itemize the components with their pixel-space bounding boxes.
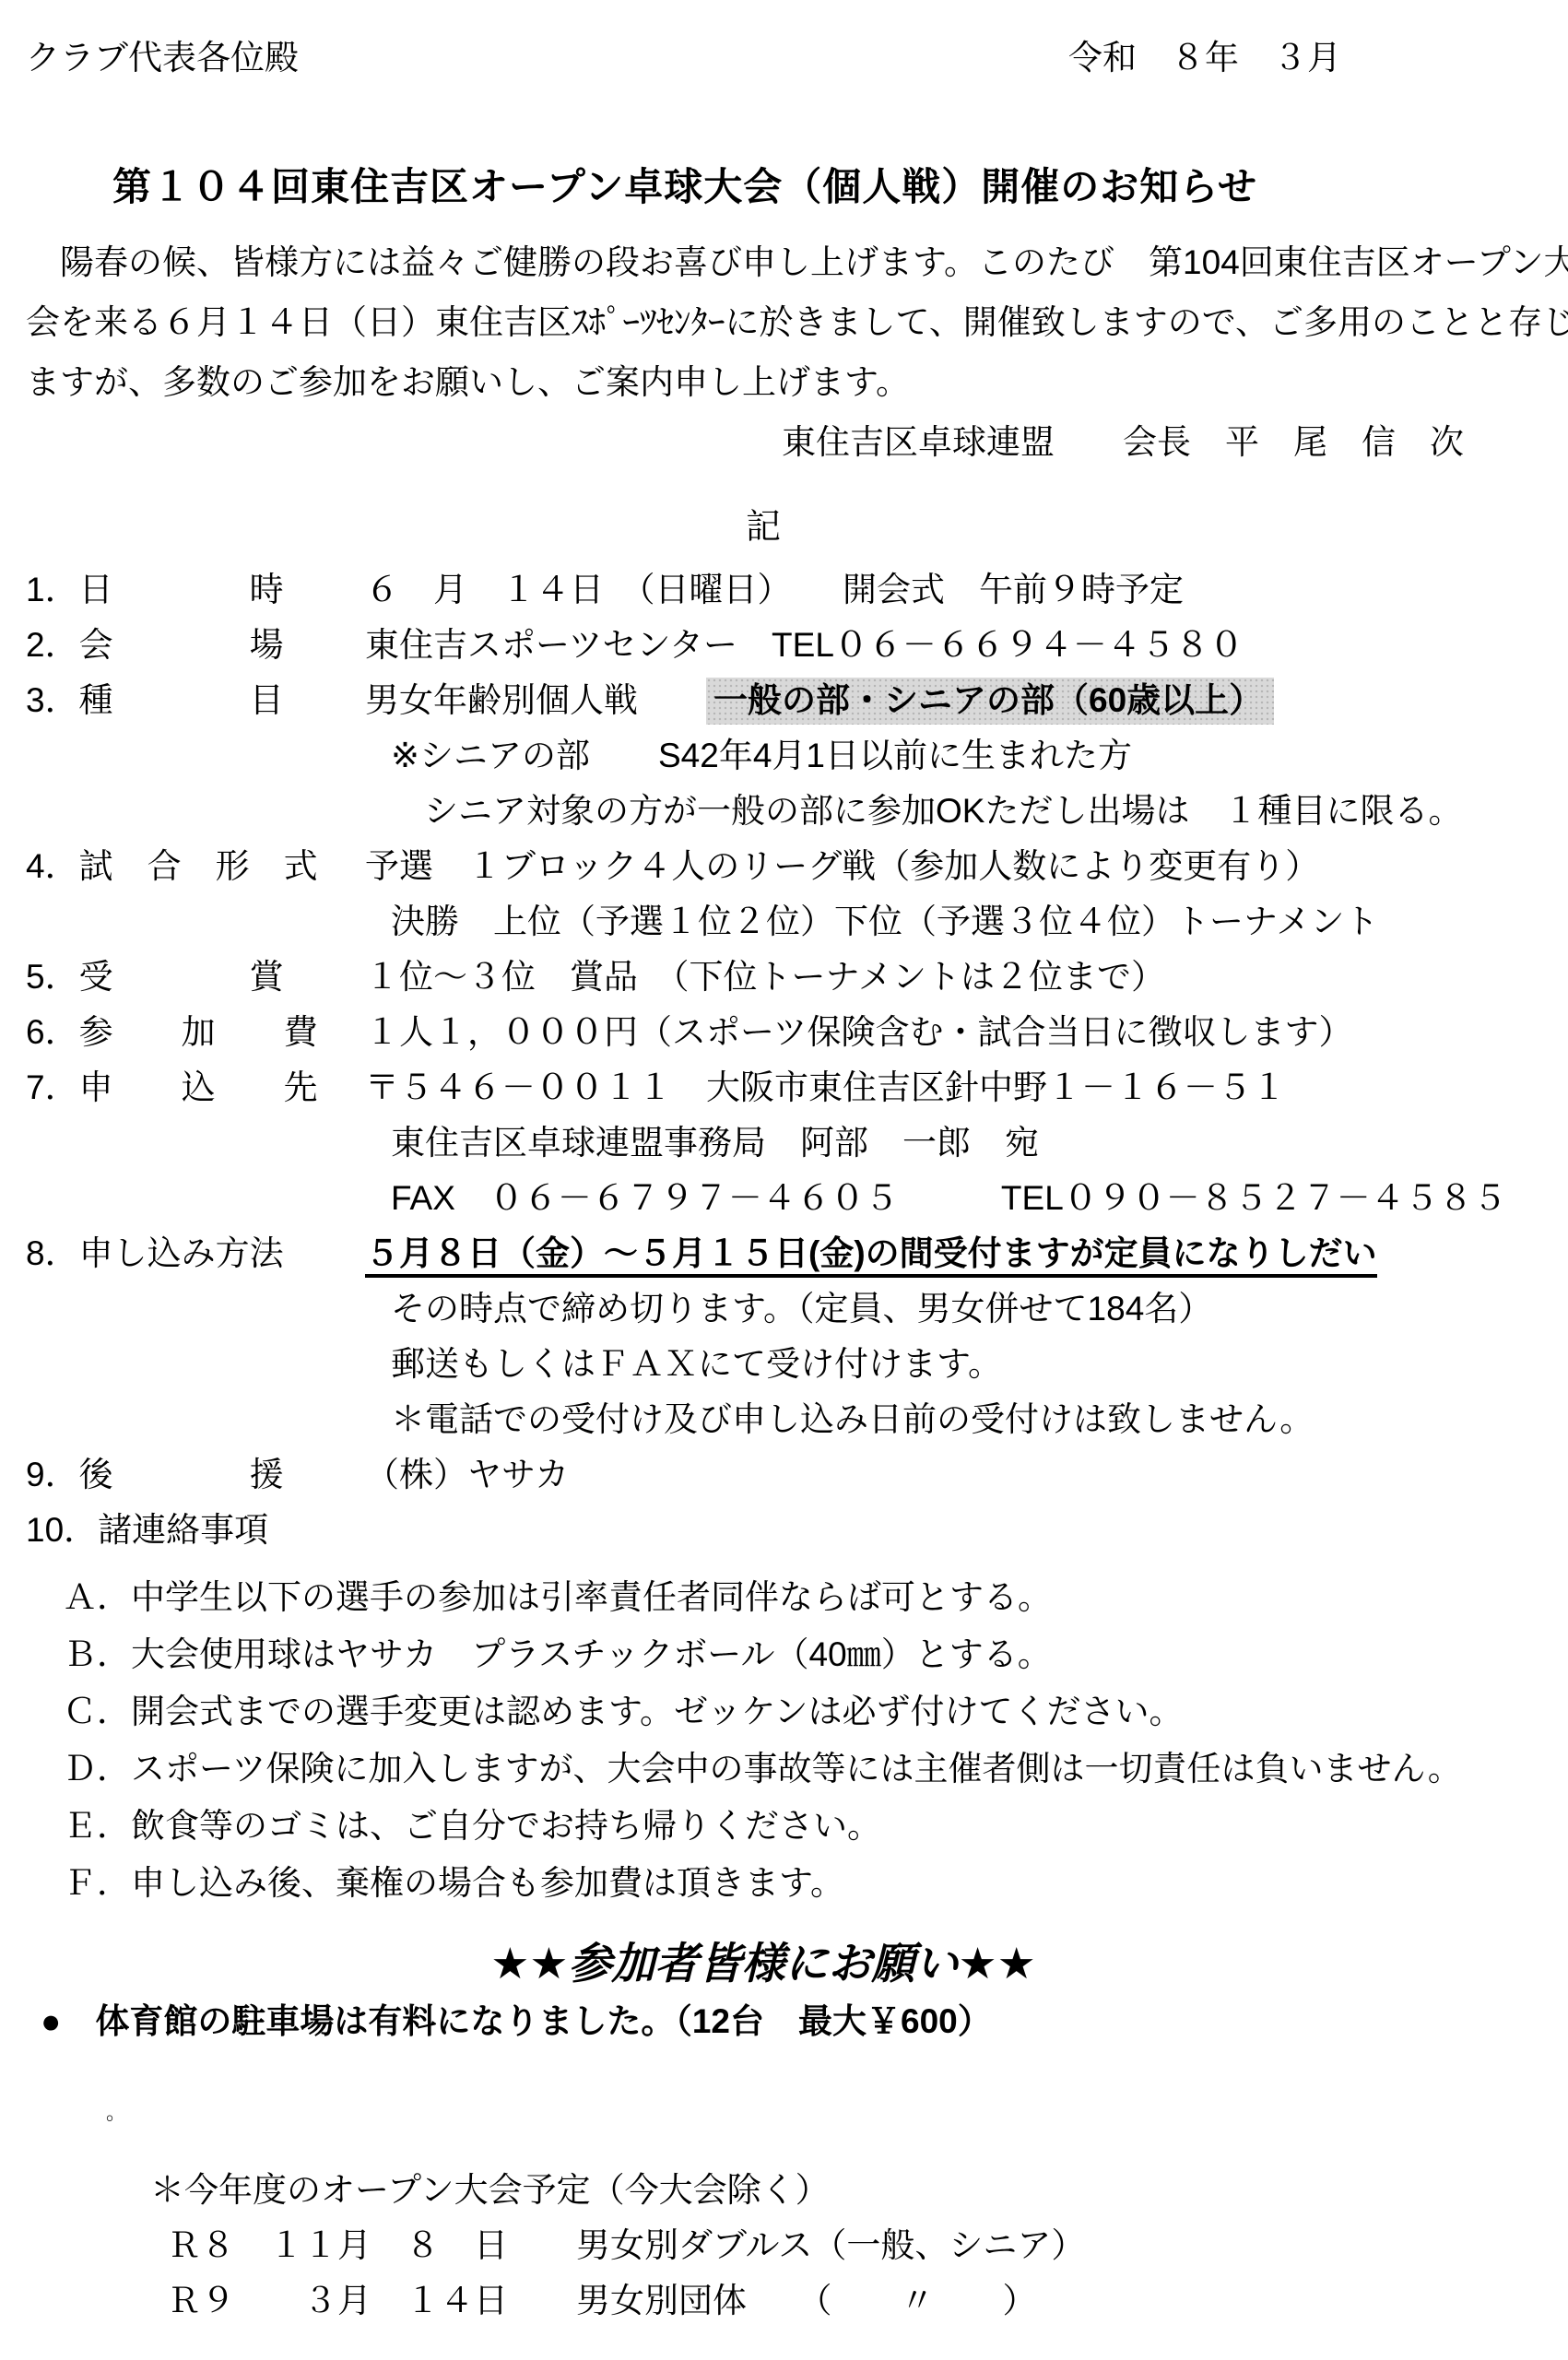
item-match-format-label: 4．試 合 形 式: [26, 839, 365, 894]
item-date-time: 1．日 時 ６ 月 １４日 （日曜日） 開会式 午前９時予定: [26, 562, 1501, 618]
item-events-senior-rule: シニア対象の方が一般の部に参加OKただし出場は １種目に限る。: [26, 784, 1501, 839]
document-page: クラブ代表各位殿 令和 ８年 ３月 第１０４回東住吉区オープン卓球大会（個人戦）…: [0, 0, 1568, 2360]
issue-date: 令和 ８年 ３月: [1068, 37, 1501, 78]
item-application-method-value: ５月８日（金）～５月１５日(金)の間受付ますが定員になりしだい: [365, 1226, 1501, 1281]
item-events-text: 男女年齢別個人戦: [365, 681, 706, 719]
schedule-heading: ＊今年度のオープン大会予定（今大会除く）: [26, 2163, 1501, 2218]
document-content: クラブ代表各位殿 令和 ８年 ３月 第１０４回東住吉区オープン卓球大会（個人戦）…: [26, 37, 1501, 2329]
item-notices-heading-value: [365, 1503, 1501, 1558]
item-events-highlight: 一般の部・シニアの部（60歳以上）: [706, 678, 1274, 725]
notice-a: Ａ．中学生以下の選手の参加は引率責任者同伴ならば可とする。: [26, 1569, 1501, 1626]
notice-e: Ｅ．飲食等のゴミは、ご自分でお持ち帰りください。: [26, 1798, 1501, 1855]
schedule-row-r9: Ｒ９ ３月 １４日 男女別団体 （ 〃 ）: [26, 2273, 1501, 2329]
item-sponsor: 9．後 援 （株）ヤサカ: [26, 1447, 1501, 1503]
item-application-recipient: 東住吉区卓球連盟事務局 阿部 一郎 宛: [26, 1115, 1501, 1171]
item-application-fax-tel: FAX ０６－６７９７－４６０５ TEL０９０－８５２７－４５８５: [26, 1171, 1501, 1226]
item-date-time-value: ６ 月 １４日 （日曜日） 開会式 午前９時予定: [365, 562, 1501, 618]
items-list: 1．日 時 ６ 月 １４日 （日曜日） 開会式 午前９時予定 2．会 場 東住吉…: [26, 562, 1501, 1558]
item-date-time-label: 1．日 時: [26, 562, 365, 618]
item-application-address-value: 〒５４６－００１１ 大阪市東住吉区針中野１－１６－５１: [365, 1060, 1501, 1115]
intro-line-3: ますが、多数のご参加をお願いし、ご案内申し上げます。: [26, 352, 1501, 412]
item-events-value: 男女年齢別個人戦 一般の部・シニアの部（60歳以上）: [365, 673, 1501, 728]
page-title: 第１０４回東住吉区オープン卓球大会（個人戦）開催のお知らせ: [26, 157, 1501, 212]
item-entry-fee: 6．参 加 費 １人１，０００円（スポーツ保険含む・試合当日に徴収します）: [26, 1005, 1501, 1060]
document-header: クラブ代表各位殿 令和 ８年 ３月: [26, 37, 1501, 78]
item-application-method: 8．申し込み方法 ５月８日（金）～５月１５日(金)の間受付ますが定員になりしだい: [26, 1226, 1501, 1281]
record-mark: 記: [26, 500, 1501, 555]
notice-b: Ｂ．大会使用球はヤサカ プラスチックボール（40㎜）とする。: [26, 1626, 1501, 1683]
item-venue: 2．会 場 東住吉スポーツセンター TEL０６－６６９４－４５８０: [26, 618, 1501, 673]
item-prizes-label: 5．受 賞: [26, 950, 365, 1005]
item-venue-value: 東住吉スポーツセンター TEL０６－６６９４－４５８０: [365, 618, 1501, 673]
item-events-label: 3．種 目: [26, 673, 365, 728]
intro-paragraph: 陽春の候、皆様方には益々ご健勝の段お喜び申し上げます。このたび 第104回東住吉…: [26, 232, 1501, 412]
item-application-address-label: 7．申 込 先: [26, 1060, 365, 1115]
item-notices-heading-label: 10．諸連絡事項: [26, 1503, 365, 1558]
item-entry-fee-label: 6．参 加 費: [26, 1005, 365, 1060]
item-application-period: ５月８日（金）～５月１５日(金)の間受付ますが定員になりしだい: [365, 1234, 1377, 1278]
notice-c: Ｃ．開会式までの選手変更は認めます。ゼッケンは必ず付けてください。: [26, 1683, 1501, 1740]
item-prizes-value: １位～３位 賞品 （下位トーナメントは２位まで）: [365, 950, 1501, 1005]
item-sponsor-value: （株）ヤサカ: [365, 1447, 1501, 1503]
item-events-senior-note: ※シニアの部 S42年4月1日以前に生まれた方: [26, 728, 1501, 784]
item-venue-label: 2．会 場: [26, 618, 365, 673]
intro-line-2: 会を来る６月１４日（日）東住吉区ｽﾎﾟｰﾂｾﾝﾀｰに於きまして、開催致しますので…: [26, 292, 1501, 352]
notice-f: Ｆ．申し込み後、棄権の場合も参加費は頂きます。: [26, 1855, 1501, 1912]
item-application-deadline: その時点で締め切ります。（定員、男女併せて184名）: [26, 1281, 1501, 1337]
item-events: 3．種 目 男女年齢別個人戦 一般の部・シニアの部（60歳以上）: [26, 673, 1501, 728]
item-match-format-value: 予選 １ブロック４人のリーグ戦（参加人数により変更有り）: [365, 839, 1501, 894]
item-match-format: 4．試 合 形 式 予選 １ブロック４人のリーグ戦（参加人数により変更有り）: [26, 839, 1501, 894]
participants-request-banner: ★★参加者皆様にお願い★★: [26, 1938, 1501, 1989]
item-application-mail-fax: 郵送もしくはＦＡＸにて受け付けます。: [26, 1337, 1501, 1392]
item-sponsor-label: 9．後 援: [26, 1447, 365, 1503]
item-notices-heading: 10．諸連絡事項: [26, 1503, 1501, 1558]
notice-d: Ｄ．スポーツ保険に加入しますが、大会中の事故等には主催者側は一切責任は負いません…: [26, 1740, 1501, 1798]
recipient: クラブ代表各位殿: [26, 37, 299, 78]
signature-federation-president: 東住吉区卓球連盟 会長 平 尾 信 次: [26, 412, 1501, 472]
item-application-address: 7．申 込 先 〒５４６－００１１ 大阪市東住吉区針中野１－１６－５１: [26, 1060, 1501, 1115]
item-application-method-label: 8．申し込み方法: [26, 1226, 365, 1281]
stray-mark: 。: [26, 2100, 1501, 2126]
notices-list: Ａ．中学生以下の選手の参加は引率責任者同伴ならば可とする。 Ｂ．大会使用球はヤサ…: [26, 1569, 1501, 1912]
item-application-no-phone: ＊電話での受付け及び申し込み日前の受付けは致しません。: [26, 1392, 1501, 1447]
item-entry-fee-value: １人１，０００円（スポーツ保険含む・試合当日に徴収します）: [365, 1005, 1501, 1060]
item-prizes: 5．受 賞 １位～３位 賞品 （下位トーナメントは２位まで）: [26, 950, 1501, 1005]
item-match-format-finals: 決勝 上位（予選１位２位）下位（予選３位４位）トーナメント: [26, 894, 1501, 950]
parking-notice: ● 体育館の駐車場は有料になりました。（12台 最大￥600）: [26, 2000, 1501, 2043]
schedule-row-r8: Ｒ８ １１月 ８ 日 男女別ダブルス（一般、シニア）: [26, 2218, 1501, 2273]
intro-line-1: 陽春の候、皆様方には益々ご健勝の段お喜び申し上げます。このたび 第104回東住吉…: [26, 232, 1501, 292]
